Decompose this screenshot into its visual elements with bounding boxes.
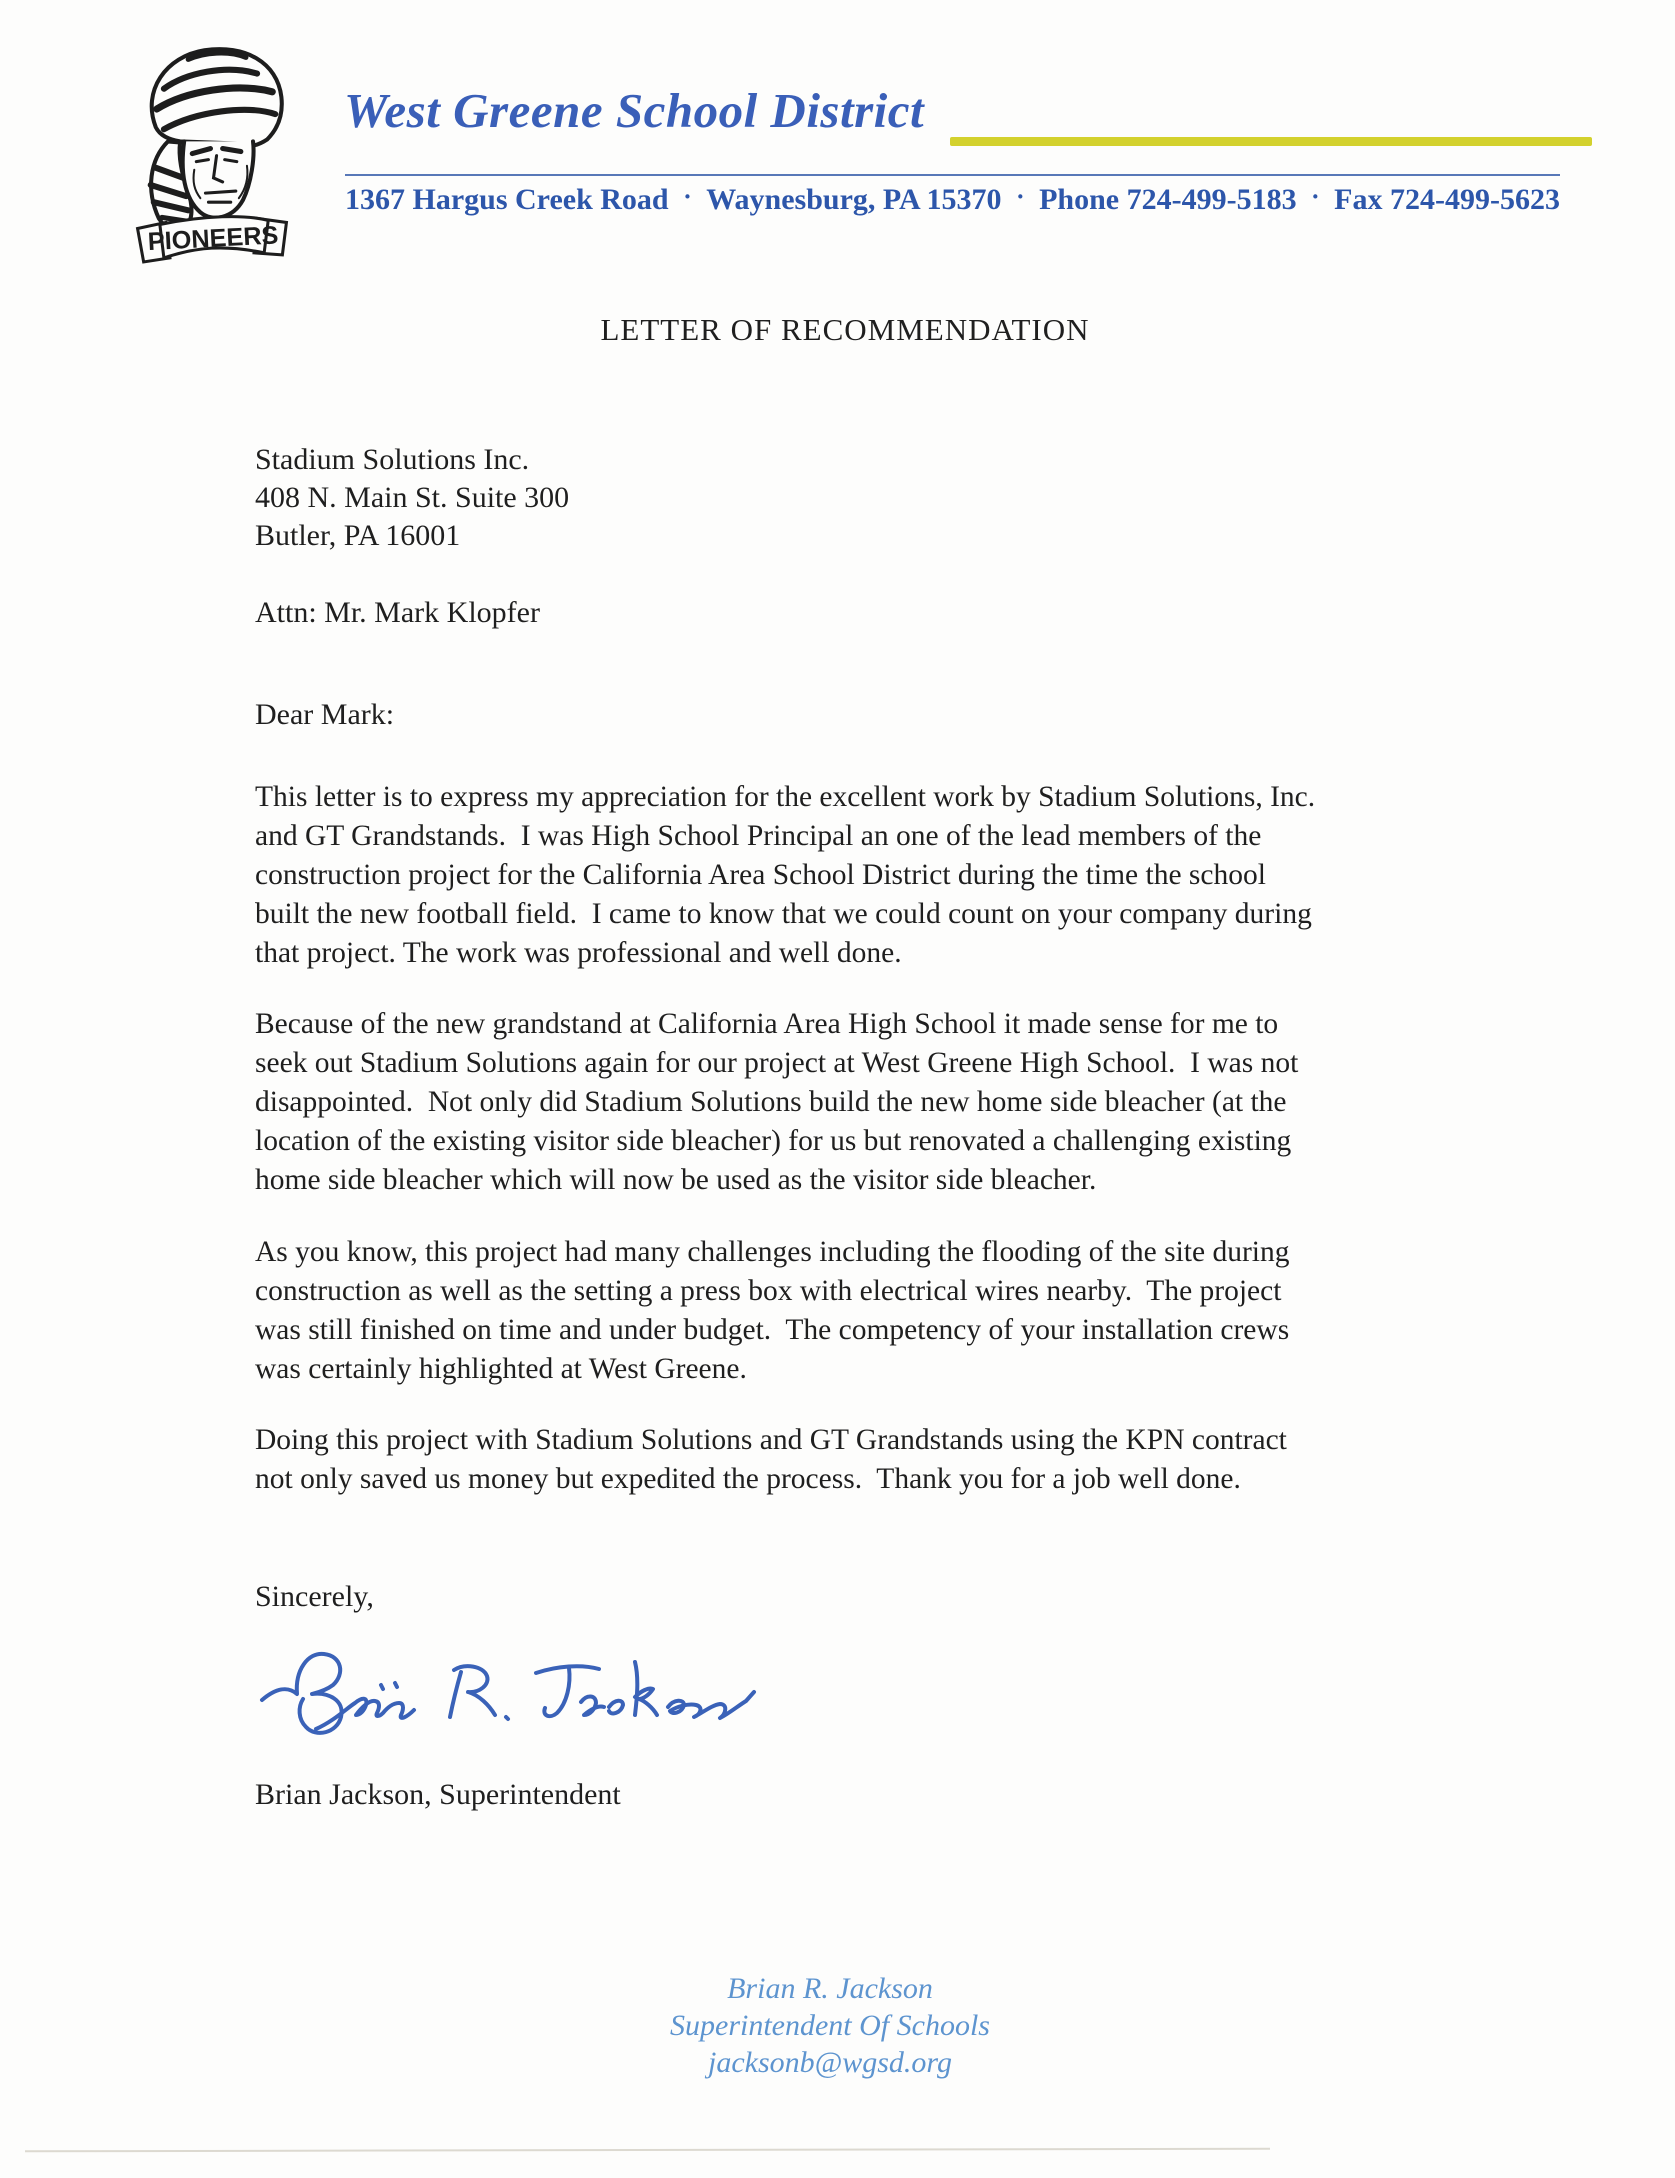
letterhead-street: 1367 Hargus Creek Road bbox=[345, 183, 669, 217]
handwritten-signature bbox=[250, 1628, 770, 1783]
paragraph-line: Doing this project with Stadium Solution… bbox=[255, 1421, 1287, 1460]
paragraph-1: This letter is to express my appreciatio… bbox=[255, 778, 1315, 973]
paragraph-line: that project. The work was professional … bbox=[255, 934, 1315, 973]
paragraph-line: This letter is to express my appreciatio… bbox=[255, 778, 1315, 817]
paragraph-line: seek out Stadium Solutions again for our… bbox=[255, 1044, 1298, 1083]
yellow-accent-line bbox=[950, 137, 1592, 146]
paragraph-line: was certainly highlighted at West Greene… bbox=[255, 1350, 1290, 1389]
paragraph-line: home side bleacher which will now be use… bbox=[255, 1161, 1298, 1200]
footer-block: Brian R. Jackson Superintendent Of Schoo… bbox=[255, 1970, 1405, 2081]
closing: Sincerely, bbox=[255, 1578, 374, 1616]
paragraph-line: construction project for the California … bbox=[255, 856, 1315, 895]
page-bottom-scan-artifact bbox=[25, 2148, 1270, 2153]
paragraph-line: and GT Grandstands. I was High School Pr… bbox=[255, 817, 1315, 856]
paragraph-line: As you know, this project had many chall… bbox=[255, 1233, 1290, 1272]
district-name: West Greene School District bbox=[344, 82, 924, 139]
recipient-address-block: Stadium Solutions Inc. 408 N. Main St. S… bbox=[255, 441, 569, 555]
paragraph-line: location of the existing visitor side bl… bbox=[255, 1122, 1298, 1161]
paragraph-3: As you know, this project had many chall… bbox=[255, 1233, 1290, 1389]
signer-name-line: Brian Jackson, Superintendent bbox=[255, 1776, 621, 1814]
letter-page: PIONEERS West Greene School District 136… bbox=[0, 0, 1675, 2178]
letterhead-fax: Fax 724-499-5623 bbox=[1334, 183, 1560, 217]
paragraph-line: Because of the new grandstand at Califor… bbox=[255, 1005, 1298, 1044]
dot-separator: · bbox=[1311, 182, 1320, 212]
paragraph-line: was still finished on time and under bud… bbox=[255, 1311, 1290, 1350]
header-divider-line bbox=[345, 174, 1560, 176]
paragraph-line: construction as well as the setting a pr… bbox=[255, 1272, 1290, 1311]
footer-title: Superintendent Of Schools bbox=[255, 2007, 1405, 2044]
paragraph-line: built the new football field. I came to … bbox=[255, 895, 1315, 934]
letterhead-city: Waynesburg, PA 15370 bbox=[706, 183, 1001, 217]
recipient-city: Butler, PA 16001 bbox=[255, 517, 569, 555]
salutation: Dear Mark: bbox=[255, 696, 394, 734]
dot-separator: · bbox=[683, 182, 692, 212]
dot-separator: · bbox=[1016, 182, 1025, 212]
recipient-company: Stadium Solutions Inc. bbox=[255, 441, 569, 479]
attention-line: Attn: Mr. Mark Klopfer bbox=[255, 594, 540, 632]
recipient-street: 408 N. Main St. Suite 300 bbox=[255, 479, 569, 517]
pioneers-mascot-logo: PIONEERS bbox=[103, 28, 321, 266]
footer-email: jacksonb@wgsd.org bbox=[255, 2044, 1405, 2081]
letterhead-contact-line: 1367 Hargus Creek Road · Waynesburg, PA … bbox=[345, 183, 1560, 217]
paragraph-2: Because of the new grandstand at Califor… bbox=[255, 1005, 1298, 1200]
paragraph-line: not only saved us money but expedited th… bbox=[255, 1460, 1287, 1499]
paragraph-line: disappointed. Not only did Stadium Solut… bbox=[255, 1083, 1298, 1122]
paragraph-4: Doing this project with Stadium Solution… bbox=[255, 1421, 1287, 1499]
letterhead-phone: Phone 724-499-5183 bbox=[1039, 183, 1297, 217]
footer-name: Brian R. Jackson bbox=[255, 1970, 1405, 2007]
letter-title: LETTER OF RECOMMENDATION bbox=[255, 312, 1435, 348]
